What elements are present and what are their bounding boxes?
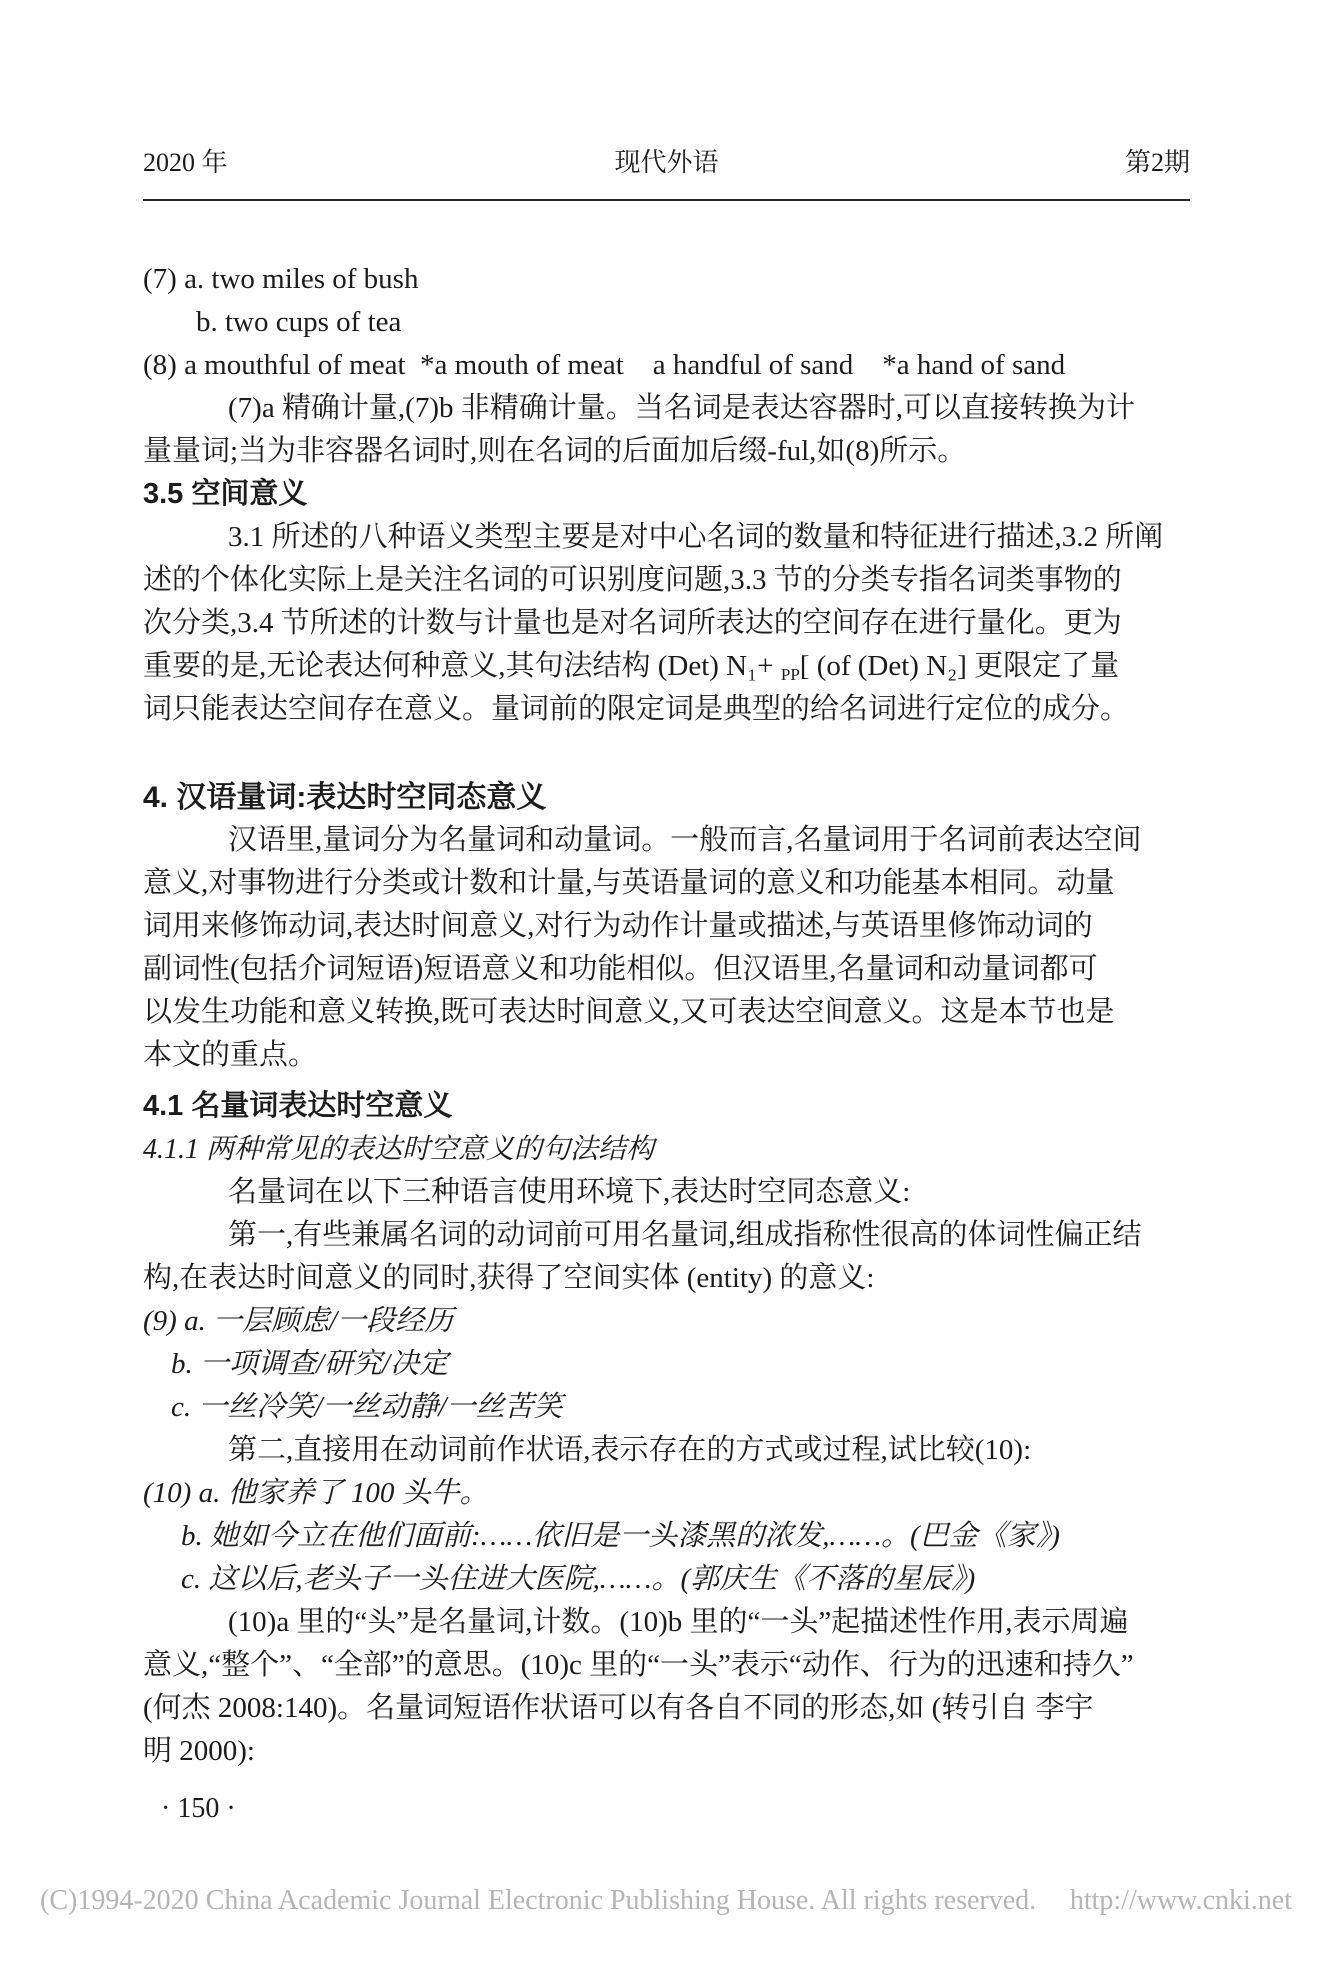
watermark-url: http://www.cnki.net — [1070, 1885, 1292, 1917]
formula-pre: 重要的是,无论表达何种意义,其句法结构 (Det) N₁+ — [143, 650, 781, 682]
page-number: · 150 · — [143, 1787, 1193, 1830]
formula-post: [ (of (Det) N₂] 更限定了量 — [800, 650, 1119, 682]
header-rule — [143, 199, 1190, 201]
section-heading-3-5: 3.5 空间意义 — [143, 473, 1193, 516]
paragraph-line: 词只能表达空间存在意义。量词前的限定词是典型的给名词进行定位的成分。 — [143, 688, 1193, 731]
paragraph-line-formula: 重要的是,无论表达何种意义,其句法结构 (Det) N₁+ PP[ (of (D… — [143, 645, 1193, 688]
paragraph-line: 副词性(包括介词短语)短语意义和功能相似。但汉语里,名量词和动量词都可 — [143, 948, 1193, 991]
paragraph-line: 意义,“整个”、“全部”的意思。(10)c 里的“一头”表示“动作、行为的迅速和… — [143, 1644, 1193, 1687]
example-9b: b. 一项调查/研究/决定 — [143, 1343, 1193, 1386]
section-heading-4-1: 4.1 名量词表达时空意义 — [143, 1085, 1193, 1128]
example-10b: b. 她如今立在他们面前:……依旧是一头漆黑的浓发,……。(巴金《家》) — [143, 1515, 1193, 1558]
paragraph-line: 以发生功能和意义转换,既可表达时间意义,又可表达空间意义。这是本节也是 — [143, 991, 1193, 1034]
paragraph-line: 本文的重点。 — [143, 1034, 1193, 1077]
paragraph-line: (10)a 里的“头”是名量词,计数。(10)b 里的“一头”起描述性作用,表示… — [143, 1601, 1193, 1644]
paragraph-line: 量量词;当为非容器名词时,则在名词的后面加后缀-ful,如(8)所示。 — [143, 430, 1193, 473]
paragraph-line: 明 2000): — [143, 1730, 1193, 1773]
journal-page: 2020 年 现代外语 第2期 (7) a. two miles of bush… — [0, 0, 1330, 1972]
page-body: (7) a. two miles of bush b. two cups of … — [143, 258, 1193, 1830]
example-10c: c. 这以后,老头子一头住进大医院,……。(郭庆生《不落的星辰》) — [143, 1558, 1193, 1601]
paragraph-line: (7)a 精确计量,(7)b 非精确计量。当名词是表达容器时,可以直接转换为计 — [143, 387, 1193, 430]
paragraph-line: 名量词在以下三种语言使用环境下,表达时空同态意义: — [143, 1171, 1193, 1214]
paragraph-line: 构,在表达时间意义的同时,获得了空间实体 (entity) 的意义: — [143, 1257, 1193, 1300]
watermark-copyright: (C)1994-2020 China Academic Journal Elec… — [40, 1885, 1036, 1917]
example-9a: (9) a. 一层顾虑/一段经历 — [143, 1300, 1193, 1343]
issue-number: 第2期 — [1125, 142, 1190, 179]
example-7a: (7) a. two miles of bush — [143, 258, 1193, 301]
journal-title: 现代外语 — [143, 142, 1190, 179]
paragraph-line: (何杰 2008:140)。名量词短语作状语可以有各自不同的形态,如 (转引自 … — [143, 1687, 1193, 1730]
paragraph-line: 第一,有些兼属名词的动词前可用名量词,组成指称性很高的体词性偏正结 — [143, 1214, 1193, 1257]
formula-subscript-pp: PP — [781, 665, 800, 684]
paragraph-line: 述的个体化实际上是关注名词的可识别度问题,3.3 节的分类专指名词类事物的 — [143, 559, 1193, 602]
subsection-heading-4-1-1: 4.1.1 两种常见的表达时空意义的句法结构 — [143, 1128, 1193, 1171]
example-10a: (10) a. 他家养了 100 头牛。 — [143, 1472, 1193, 1515]
page-header: 2020 年 现代外语 第2期 — [143, 142, 1190, 176]
cnki-watermark: (C)1994-2020 China Academic Journal Elec… — [40, 1885, 1292, 1917]
paragraph-line: 第二,直接用在动词前作状语,表示存在的方式或过程,试比较(10): — [143, 1429, 1193, 1472]
example-9c: c. 一丝冷笑/一丝动静/一丝苦笑 — [143, 1386, 1193, 1429]
section-heading-4: 4. 汉语量词:表达时空同态意义 — [143, 776, 1193, 819]
paragraph-line: 汉语里,量词分为名量词和动量词。一般而言,名量词用于名词前表达空间 — [143, 819, 1193, 862]
paragraph-line: 意义,对事物进行分类或计数和计量,与英语量词的意义和功能基本相同。动量 — [143, 862, 1193, 905]
paragraph-line: 次分类,3.4 节所述的计数与计量也是对名词所表达的空间存在进行量化。更为 — [143, 602, 1193, 645]
paragraph-line: 词用来修饰动词,表达时间意义,对行为动作计量或描述,与英语里修饰动词的 — [143, 905, 1193, 948]
example-8: (8) a mouthful of meat *a mouth of meat … — [143, 344, 1193, 387]
example-7b: b. two cups of tea — [143, 301, 1193, 344]
paragraph-line: 3.1 所述的八种语义类型主要是对中心名词的数量和特征进行描述,3.2 所阐 — [143, 516, 1193, 559]
